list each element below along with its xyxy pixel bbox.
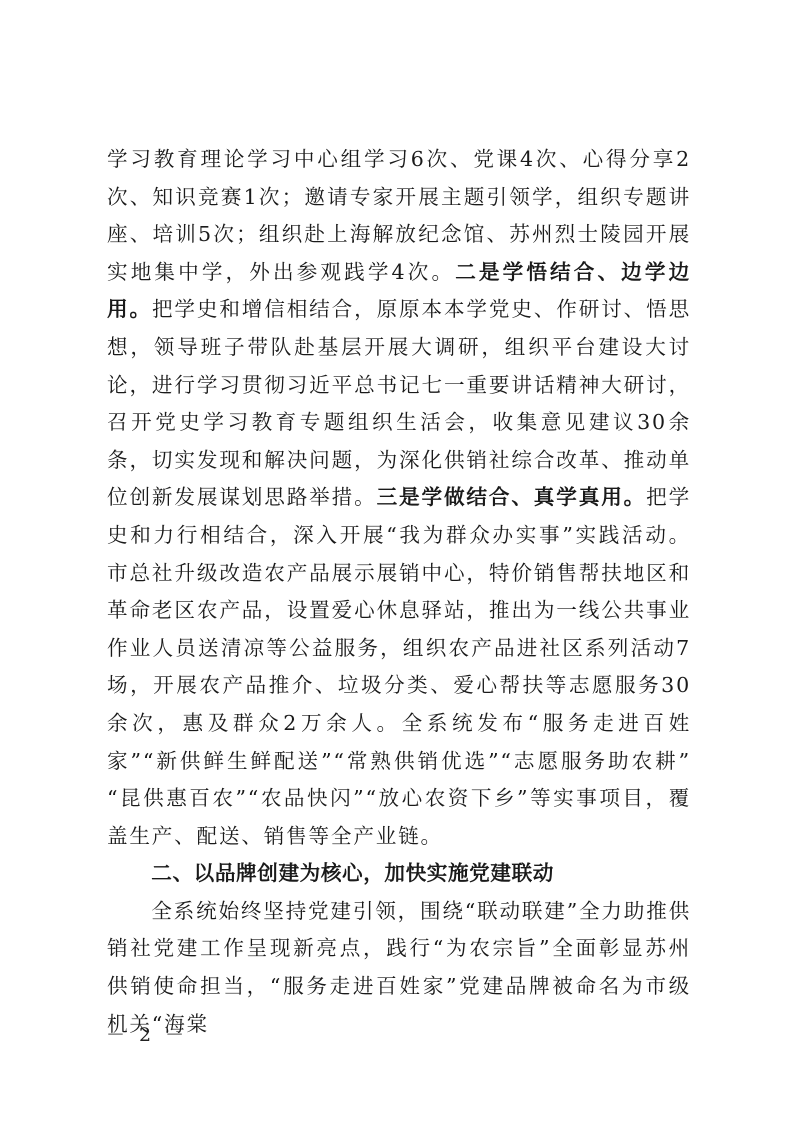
paragraph-continued: 学习教育理论学习中心组学习6次、党课4次、心得分享2次、知识竞赛1次；邀请专家开… [107, 141, 691, 855]
text-segment: 把学史和增信相结合，原原本本学党史、作研讨、悟思想，领导班子带队赴基层开展大调研… [107, 297, 691, 509]
document-body: 学习教育理论学习中心组学习6次、党课4次、心得分享2次、知识竞赛1次；邀请专家开… [107, 141, 691, 1043]
text-segment: 把学史和力行相结合，深入开展“我为群众办实事”实践活动。市总社升级改造农产品展示… [107, 485, 691, 847]
key-point-3-heading: 三是学做结合、真学真用。 [377, 485, 647, 509]
page-number: － 2 － [106, 1020, 188, 1047]
section-heading: 二、以品牌创建为核心，加快实施党建联动 [107, 855, 691, 893]
paragraph: 全系统始终坚持党建引领，围绕“联动联建”全力助推供销社党建工作呈现新亮点，践行“… [107, 893, 691, 1043]
